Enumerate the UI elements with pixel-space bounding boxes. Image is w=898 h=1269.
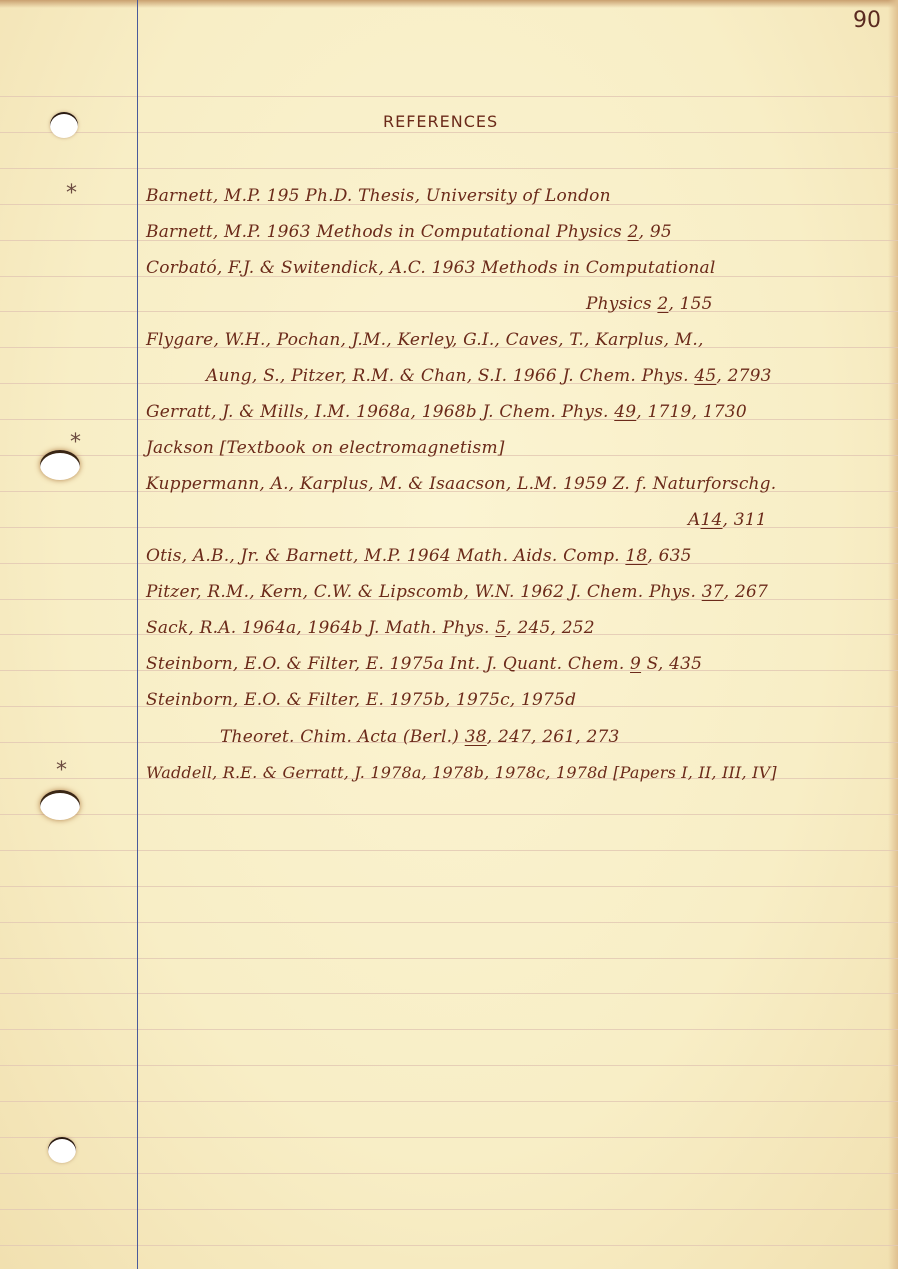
ruled-line [0,1245,898,1246]
ruled-line [0,886,898,887]
reference-barnett-1963: Barnett, M.P. 1963 Methods in Computatio… [146,222,672,242]
reference-kuppermann: Kuppermann, A., Karplus, M. & Isaacson, … [146,474,776,494]
ruled-line [0,132,898,133]
reference-steinborn-1975a: Steinborn, E.O. & Filter, E. 1975a Int. … [146,654,702,674]
punch-hole-torn [40,790,80,820]
ruled-line [0,1029,898,1030]
page-title: REFERENCES [383,112,498,131]
reference-flygare-continuation: Aung, S., Pitzer, R.M. & Chan, S.I. 1966… [206,366,772,386]
ruled-line [0,96,898,97]
reference-otis-barnett: Otis, A.B., Jr. & Barnett, M.P. 1964 Mat… [146,546,692,566]
asterisk-mark-icon: * [66,181,77,206]
reference-corbato-continuation: Physics 2, 155 [586,294,713,314]
reference-kuppermann-continuation: A14, 311 [688,510,767,530]
reference-steinborn-continuation: Theoret. Chim. Acta (Berl.) 38, 247, 261… [220,727,620,747]
ruled-line [0,168,898,169]
asterisk-mark-icon: * [70,430,81,455]
ruled-line [0,814,898,815]
asterisk-mark-icon: * [56,758,67,783]
reference-barnett-thesis: Barnett, M.P. 195 Ph.D. Thesis, Universi… [146,186,611,206]
reference-flygare: Flygare, W.H., Pochan, J.M., Kerley, G.I… [146,330,704,350]
punch-hole [48,1137,76,1163]
ruled-line [0,1173,898,1174]
volume-underline: 2 [628,222,639,242]
ruled-line [0,1209,898,1210]
ruled-line [0,850,898,851]
paper-edge-top [0,0,898,8]
margin-line [137,0,138,1269]
page-number: 90 [853,8,881,33]
reference-steinborn-1975bcd: Steinborn, E.O. & Filter, E. 1975b, 1975… [146,690,576,710]
punch-hole [50,112,78,138]
reference-gerratt-mills: Gerratt, J. & Mills, I.M. 1968a, 1968b J… [146,402,747,422]
ruled-line [0,1101,898,1102]
reference-waddell-gerratt: Waddell, R.E. & Gerratt, J. 1978a, 1978b… [146,763,777,782]
ruled-line [0,1137,898,1138]
ruled-line [0,958,898,959]
ruled-line [0,311,898,312]
reference-pitzer: Pitzer, R.M., Kern, C.W. & Lipscomb, W.N… [146,582,768,602]
reference-corbato: Corbató, F.J. & Switendick, A.C. 1963 Me… [146,258,716,278]
reference-sack: Sack, R.A. 1964a, 1964b J. Math. Phys. 5… [146,618,595,638]
ruled-line [0,1065,898,1066]
reference-jackson: Jackson [Textbook on electromagnetism] [146,438,505,458]
ruled-line [0,993,898,994]
ruled-line [0,922,898,923]
notebook-page: 90 REFERENCES * * * Barnett, M.P. 195 Ph… [0,0,898,1269]
